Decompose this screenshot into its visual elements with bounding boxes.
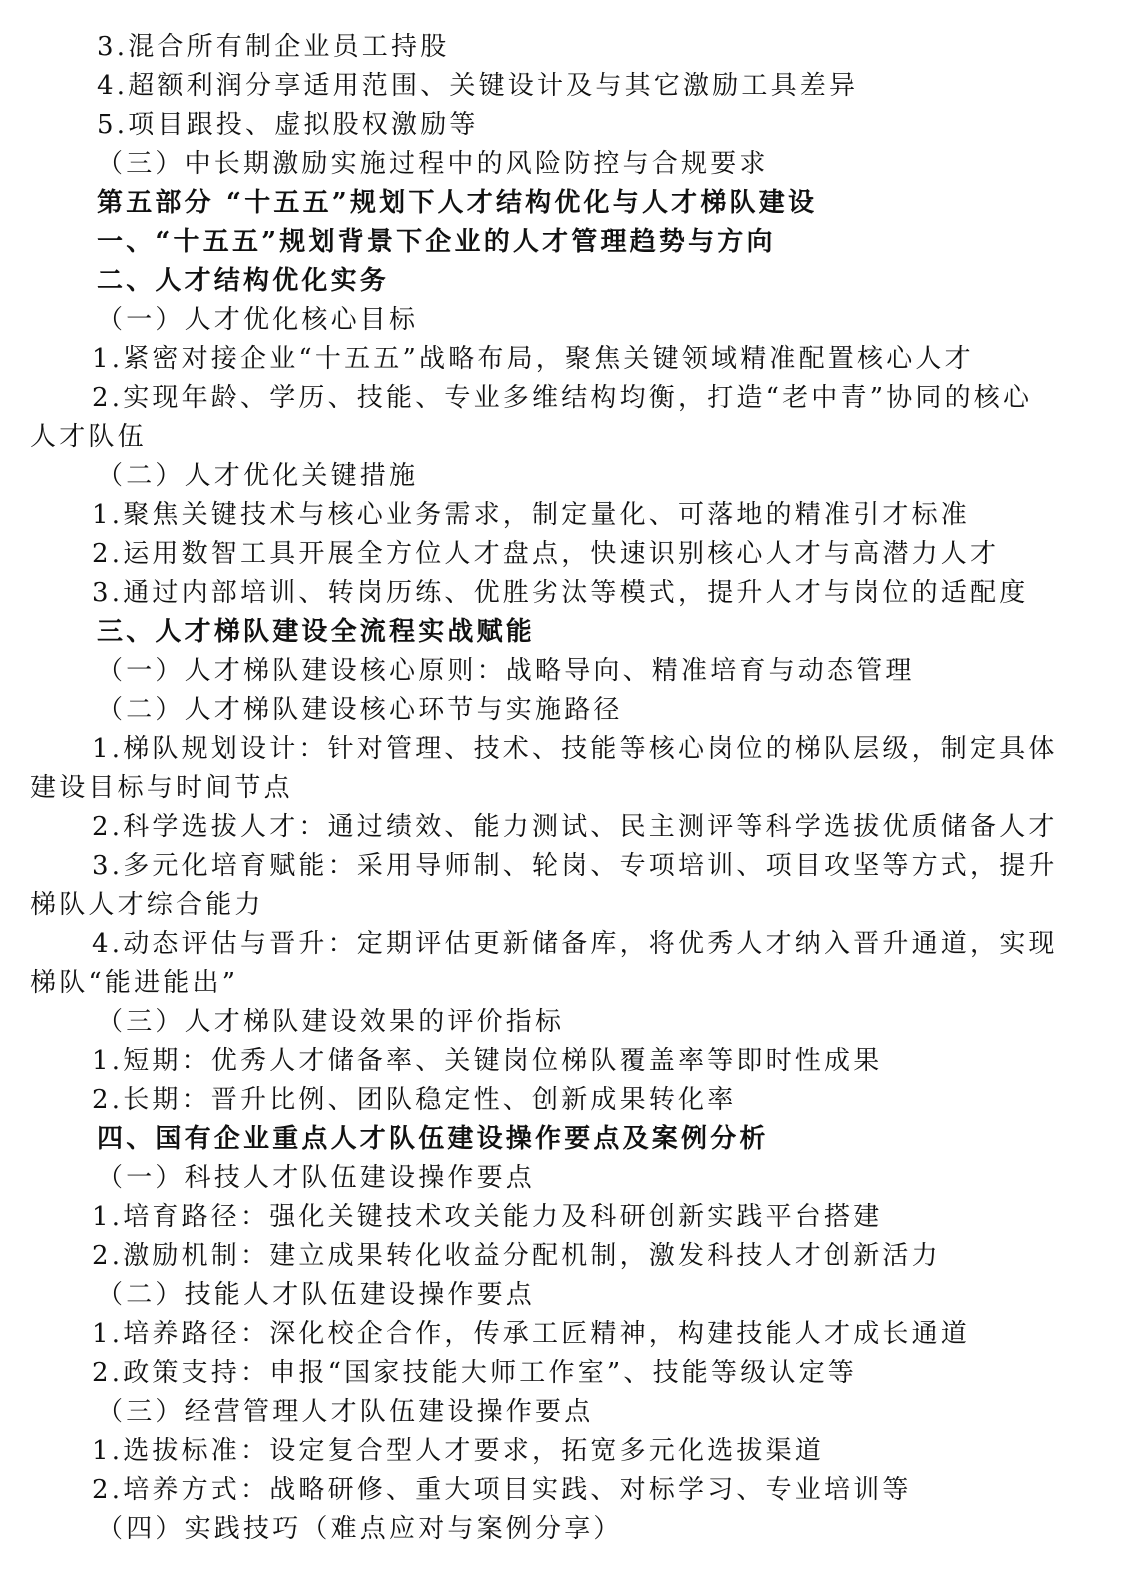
list-item-pipeline-planning-continued: 建设目标与时间节点 bbox=[30, 769, 293, 807]
section-heading-soe-talent-teams: 四、国有企业重点人才队伍建设操作要点及案例分析 bbox=[97, 1120, 769, 1158]
list-item-policy-support: 2.政策支持：申报“国家技能大师工作室”、技能等级认定等 bbox=[92, 1354, 857, 1392]
list-item-diversified-training: 3.多元化培育赋能：采用导师制、轮岗、专项培训、项目攻坚等方式，提升 bbox=[92, 847, 1058, 885]
list-item-talent-inventory: 2.运用数智工具开展全方位人才盘点，快速识别核心人才与高潜力人才 bbox=[92, 535, 999, 573]
list-item-tech-cultivation-path: 1.培育路径：强化关键技术攻关能力及科研创新实践平台搭建 bbox=[92, 1198, 882, 1236]
subsection-heading-pipeline-principles: （一）人才梯队建设核心原则：战略导向、精准培育与动态管理 bbox=[97, 652, 915, 690]
list-item-excess-profit-sharing: 4.超额利润分享适用范围、关键设计及与其它激励工具差异 bbox=[97, 67, 858, 105]
list-item-skilled-cultivation-path: 1.培养路径：深化校企合作，传承工匠精神，构建技能人才成长通道 bbox=[92, 1315, 970, 1353]
subsection-heading-practical-tips: （四）实践技巧（难点应对与案例分享） bbox=[97, 1510, 623, 1548]
list-item-strategic-alignment: 1.紧密对接企业“十五五”战略布局，聚焦关键领域精准配置核心人才 bbox=[92, 340, 974, 378]
part-heading-part-five: 第五部分 “十五五”规划下人才结构优化与人才梯队建设 bbox=[97, 184, 817, 222]
list-item-project-coinvestment: 5.项目跟投、虚拟股权激励等 bbox=[97, 106, 479, 144]
list-item-recruitment-standards: 1.聚焦关键技术与核心业务需求，制定量化、可落地的精准引才标准 bbox=[92, 496, 970, 534]
list-item-job-fit: 3.通过内部培训、转岗历练、优胜劣汰等模式，提升人才与岗位的适配度 bbox=[92, 574, 1028, 612]
subsection-heading-key-measures: （二）人才优化关键措施 bbox=[97, 457, 418, 495]
subsection-heading-pipeline-path: （二）人才梯队建设核心环节与实施路径 bbox=[97, 691, 623, 729]
section-heading-structure-optimization: 二、人才结构优化实务 bbox=[97, 262, 389, 300]
subsection-heading-risk-control: （三）中长期激励实施过程中的风险防控与合规要求 bbox=[97, 145, 769, 183]
list-item-training-methods: 2.培养方式：战略研修、重大项目实践、对标学习、专业培训等 bbox=[92, 1471, 912, 1509]
list-item-mixed-ownership-esop: 3.混合所有制企业员工持股 bbox=[97, 28, 449, 66]
list-item-pipeline-planning: 1.梯队规划设计：针对管理、技术、技能等核心岗位的梯队层级，制定具体 bbox=[92, 730, 1058, 768]
document-page: 3.混合所有制企业员工持股 4.超额利润分享适用范围、关键设计及与其它激励工具差… bbox=[0, 0, 1143, 1584]
list-item-tech-incentives: 2.激励机制：建立成果转化收益分配机制，激发科技人才创新活力 bbox=[92, 1237, 941, 1275]
list-item-dynamic-evaluation-continued: 梯队“能进能出” bbox=[30, 964, 238, 1002]
list-item-structure-balance: 2.实现年龄、学历、技能、专业多维结构均衡，打造“老中青”协同的核心 bbox=[92, 379, 1032, 417]
list-item-diversified-training-continued: 梯队人才综合能力 bbox=[30, 886, 264, 924]
subsection-heading-tech-talent: （一）科技人才队伍建设操作要点 bbox=[97, 1159, 535, 1197]
section-heading-talent-trends: 一、“十五五”规划背景下企业的人才管理趋势与方向 bbox=[97, 223, 776, 261]
subsection-heading-evaluation-metrics: （三）人才梯队建设效果的评价指标 bbox=[97, 1003, 564, 1041]
subsection-heading-core-goals: （一）人才优化核心目标 bbox=[97, 301, 418, 339]
list-item-dynamic-evaluation: 4.动态评估与晋升：定期评估更新储备库，将优秀人才纳入晋升通道，实现 bbox=[92, 925, 1058, 963]
subsection-heading-skilled-talent: （二）技能人才队伍建设操作要点 bbox=[97, 1276, 535, 1314]
subsection-heading-management-talent: （三）经营管理人才队伍建设操作要点 bbox=[97, 1393, 593, 1431]
list-item-structure-balance-continued: 人才队伍 bbox=[30, 418, 147, 456]
list-item-long-term-metrics: 2.长期：晋升比例、团队稳定性、创新成果转化率 bbox=[92, 1081, 736, 1119]
list-item-scientific-selection: 2.科学选拔人才：通过绩效、能力测试、民主测评等科学选拔优质储备人才 bbox=[92, 808, 1058, 846]
section-heading-talent-pipeline: 三、人才梯队建设全流程实战赋能 bbox=[97, 613, 535, 651]
list-item-selection-standards: 1.选拔标准：设定复合型人才要求，拓宽多元化选拔渠道 bbox=[92, 1432, 824, 1470]
list-item-short-term-metrics: 1.短期：优秀人才储备率、关键岗位梯队覆盖率等即时性成果 bbox=[92, 1042, 882, 1080]
